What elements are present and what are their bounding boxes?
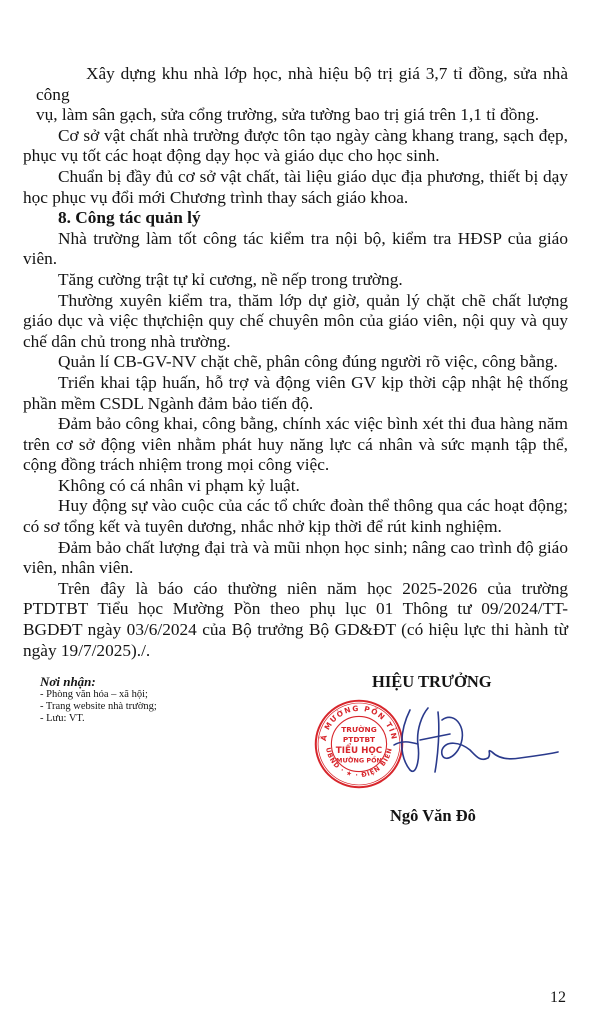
recipients-block: Nơi nhận: - Phòng văn hóa – xã hội; - Tr… [40, 674, 260, 725]
paragraph: Thường xuyên kiểm tra, thăm lớp dự giờ, … [23, 291, 568, 353]
handwritten-signature-icon [380, 700, 560, 780]
svg-text:MƯỜNG PỒN: MƯỜNG PỒN [336, 754, 382, 764]
closing-paragraph: Trên đây là báo cáo thường niên năm học … [23, 579, 568, 661]
paragraph: Huy động sự vào cuộc của các tổ chức đoà… [23, 496, 568, 537]
recipient-item: - Phòng văn hóa – xã hội; [40, 689, 260, 701]
paragraph: Đảm bảo chất lượng đại trà và mũi nhọn h… [23, 538, 568, 579]
recipients-title: Nơi nhận: [40, 674, 260, 689]
paragraph: Triển khai tập huấn, hỗ trợ và động viên… [23, 373, 568, 414]
paragraph: Đảm bảo công khai, công bằng, chính xác … [23, 414, 568, 476]
signer-name: Ngô Văn Đô [390, 806, 476, 826]
body-text: Xây dựng khu nhà lớp học, nhà hiệu bộ tr… [23, 64, 568, 661]
paragraph-preparation: Chuẩn bị đầy đủ cơ sở vật chất, tài liệu… [23, 167, 568, 208]
recipient-item: - Lưu: VT. [40, 713, 260, 725]
page-number: 12 [550, 989, 566, 1007]
paragraph: Quản lí CB-GV-NV chặt chẽ, phân công đún… [23, 352, 568, 373]
paragraph: Tăng cường trật tự kỉ cương, nề nếp tron… [23, 270, 568, 291]
svg-text:PTDTBT: PTDTBT [343, 735, 375, 744]
paragraph-facilities: Cơ sở vật chất nhà trường được tôn tạo n… [23, 126, 568, 167]
signer-title: HIỆU TRƯỞNG [372, 672, 492, 692]
recipient-item: - Trang website nhà trường; [40, 701, 260, 713]
svg-text:TRƯỜNG: TRƯỜNG [341, 725, 376, 734]
section-heading: 8. Công tác quản lý [23, 208, 568, 229]
svg-text:TIỂU HỌC: TIỂU HỌC [336, 743, 382, 756]
paragraph-construction: Xây dựng khu nhà lớp học, nhà hiệu bộ tr… [23, 64, 568, 126]
paragraph: Nhà trường làm tốt công tác kiểm tra nội… [23, 229, 568, 270]
paragraph: Không có cá nhân vi phạm kỷ luật. [23, 476, 568, 497]
document-page: Xây dựng khu nhà lớp học, nhà hiệu bộ tr… [0, 0, 604, 1011]
